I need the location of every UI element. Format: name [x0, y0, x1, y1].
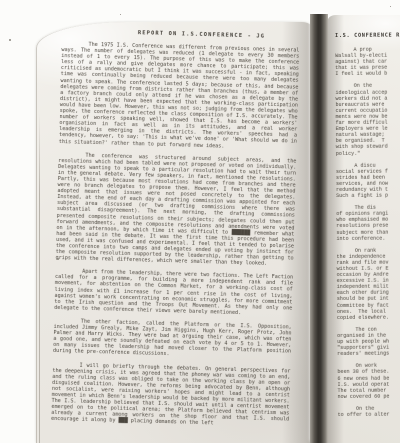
- noise-speck: [9, 39, 11, 41]
- paragraph: The 1975 I.S. Conference was different f…: [59, 41, 300, 151]
- book-spine: [310, 14, 328, 443]
- text-block: The con organised in the up with people …: [337, 326, 400, 357]
- text-block: A prop Walsall by-electi against) that c…: [335, 47, 400, 78]
- text-block: On work been 38 of these. 6 new ones had…: [337, 363, 400, 400]
- text-block: A discu social services f strides had be…: [336, 162, 400, 199]
- left-page: REPORT ON I.S.CONFERENCE - JG The 1975 I…: [36, 22, 312, 443]
- text-block: On rank the independence rank and file m…: [336, 247, 400, 321]
- right-page: I.S. CONFERENCE R A prop Walsall by-elec…: [328, 15, 400, 443]
- paragraph: The other faction, called the Platform o…: [53, 318, 292, 361]
- paper-edge-line: [39, 112, 40, 443]
- paragraph: The conference was structured around sub…: [55, 152, 296, 268]
- gutter-shadow: [282, 22, 312, 443]
- right-page-text: I.S. CONFERENCE R A prop Walsall by-elec…: [335, 33, 400, 425]
- page-title: REPORT ON I.S.CONFERENCE - JG: [138, 30, 300, 41]
- paragraph: I will go briefly through the debates. O…: [51, 361, 291, 429]
- right-page-header: I.S. CONFERENCE R: [335, 33, 400, 39]
- text-block: On the to offer to alter: [338, 405, 400, 418]
- paragraph: Apart from the leadership, there were tw…: [54, 268, 293, 317]
- text-block: The dis of opinions rangi who emphasised…: [336, 205, 400, 242]
- text-block: On the ideological accep workers did not…: [335, 83, 400, 157]
- noise-speck: [390, 6, 391, 7]
- left-page-text: REPORT ON I.S.CONFERENCE - JG The 1975 I…: [51, 28, 300, 436]
- scanned-document: REPORT ON I.S.CONFERENCE - JG The 1975 I…: [0, 0, 400, 443]
- noise-speck: [58, 258, 59, 260]
- noise-speck: [120, 14, 121, 15]
